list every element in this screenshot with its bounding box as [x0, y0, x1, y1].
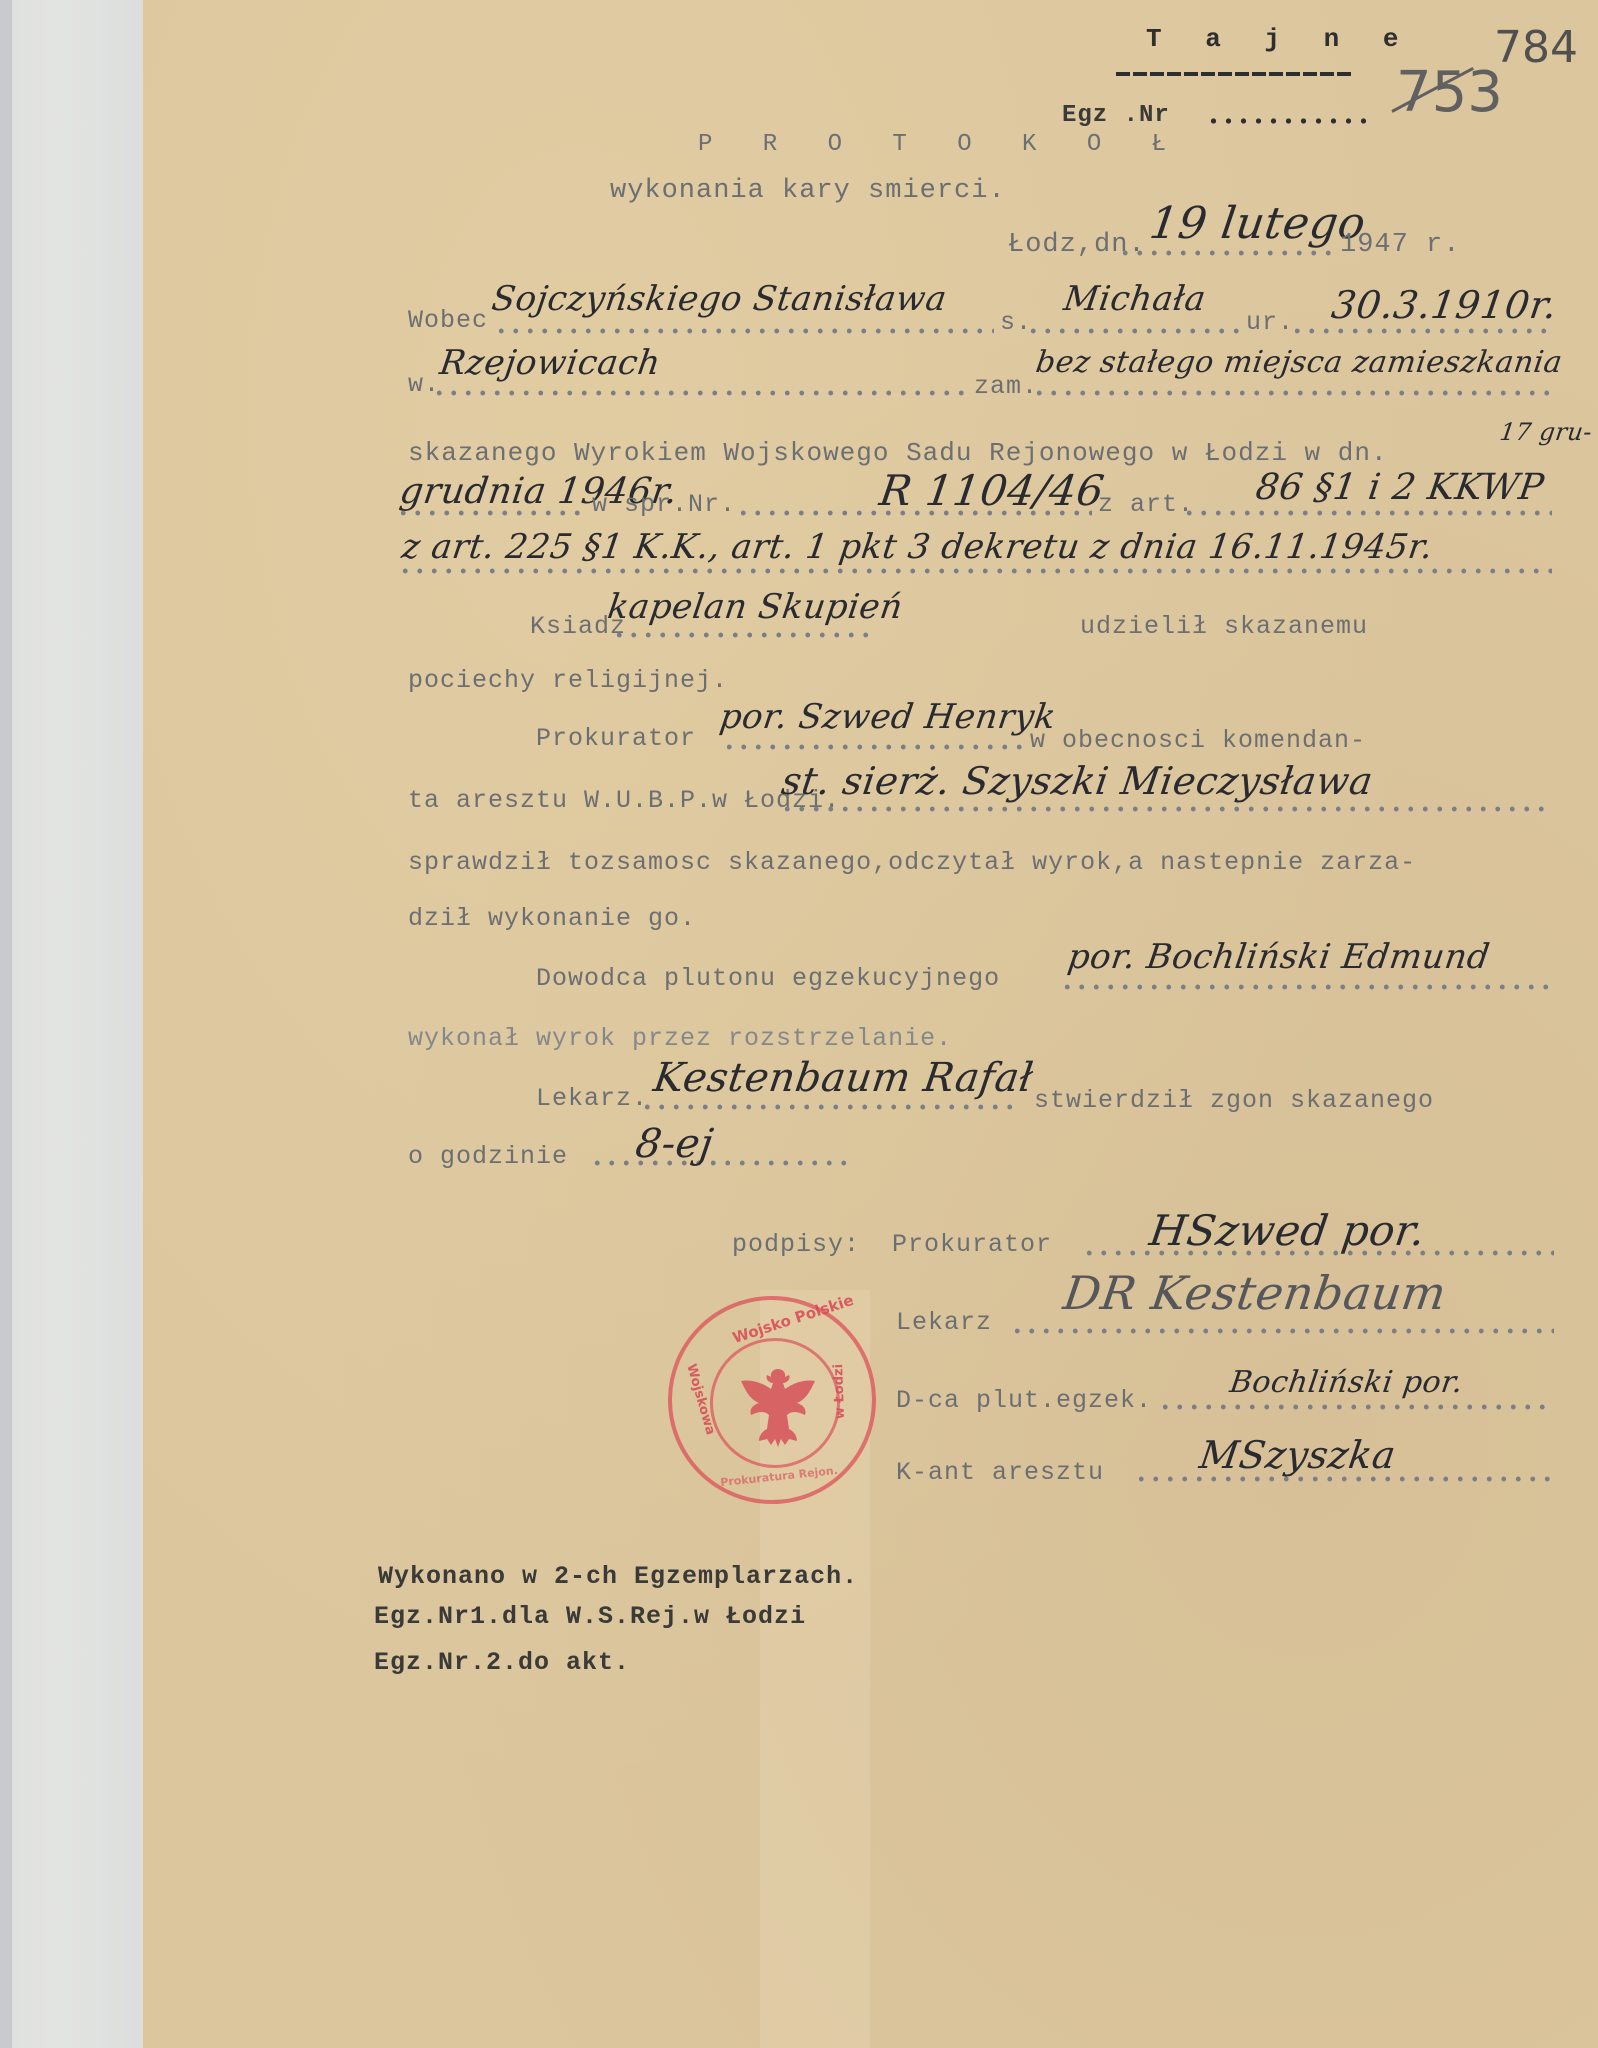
wobec-label: Wobec — [408, 308, 488, 333]
priest-text-line2: pociechy religijnej. — [408, 668, 728, 693]
priest-name-handwritten: kapelan Skupień — [606, 590, 905, 624]
birth-dots — [1290, 328, 1550, 334]
squad-dots — [1060, 984, 1554, 990]
copy-number-label: Egz .Nr — [1062, 104, 1170, 128]
case-number-label: w spr.Nr. — [592, 492, 736, 517]
copy-number-dots — [1206, 118, 1372, 124]
archive-number-old: 753 — [1396, 60, 1503, 125]
signature-doctor-label: Lekarz — [896, 1310, 992, 1335]
residence-label: zam. — [974, 374, 1038, 399]
prosecutor-name-handwritten: por. Szwed Henryk — [718, 700, 1058, 734]
convict-name-handwritten: Sojczyńskiego Stanisława — [490, 282, 949, 316]
doctor-name-handwritten: Kestenbaum Rafał — [651, 1058, 1036, 1098]
month-dots — [396, 510, 588, 516]
sentence-typed-line: skazanego Wyrokiem Wojskowego Sadu Rejon… — [408, 440, 1388, 466]
footer-copy2-line: Egz.Nr.2.do akt. — [374, 1650, 630, 1675]
classification-underline — [1116, 72, 1354, 76]
signature-commandant-label: K-ant aresztu — [896, 1460, 1104, 1485]
doctor-label: Lekarz. — [536, 1086, 648, 1111]
prosecutor-label: Prokurator — [536, 726, 696, 751]
classification-label: T a j n e — [1146, 26, 1412, 52]
footer-copies-line: Wykonano w 2-ch Egzemplarzach. — [378, 1564, 858, 1589]
footer-copy1-line: Egz.Nr1.dla W.S.Rej.w Łodzi — [374, 1604, 806, 1629]
birth-date-handwritten: 30.3.1910r. — [1329, 286, 1559, 324]
doctor-dots — [640, 1104, 1020, 1110]
case-number-handwritten: R 1104/46 — [877, 470, 1107, 512]
doctor-text-after: stwierdził zgon skazanego — [1034, 1088, 1434, 1113]
official-stamp: Wojsko Polskie Wojskowa w Łodzi Prokurat… — [668, 1296, 876, 1504]
archive-number-new: 784 — [1494, 22, 1578, 73]
signature-prosecutor-label: Prokurator — [892, 1232, 1052, 1257]
verification-line: sprawdził tozsamosc skazanego,odczytał w… — [408, 850, 1416, 875]
squad-commander-label: Dowodca plutonu egzekucyjnego — [536, 966, 1000, 991]
signature-squad: Bochliński por. — [1228, 1368, 1465, 1398]
article-label: z art. — [1098, 492, 1194, 517]
left-strip-edge — [0, 0, 12, 2048]
priest-dots — [612, 632, 874, 638]
signature-commandant: MSzyszka — [1197, 1436, 1398, 1474]
commandant-name-handwritten: st. sierż. Szyszki Mieczysława — [779, 762, 1375, 800]
arrest-unit-label: ta aresztu W.U.B.P.w Łodzi. — [408, 788, 840, 813]
father-dots — [1026, 328, 1244, 334]
priest-text-after: udzielił skazanemu — [1080, 614, 1368, 639]
date-dots — [1118, 250, 1334, 256]
name-dots — [494, 328, 994, 334]
order-line: dził wykonanie go. — [408, 906, 696, 931]
time-handwritten: 8-ej — [633, 1124, 716, 1164]
time-dots — [590, 1160, 852, 1166]
time-label: o godzinie — [408, 1144, 568, 1169]
father-name-handwritten: Michała — [1062, 282, 1208, 316]
signature-doctor: DR Kestenbaum — [1061, 1270, 1450, 1316]
document-title: P R O T O K O Ł — [698, 133, 1184, 157]
article-handwritten: 86 §1 i 2 KKWP — [1253, 470, 1546, 506]
stamp-inner-ring — [710, 1338, 840, 1468]
birthplace-dots — [432, 390, 968, 396]
article-dots — [1182, 510, 1552, 516]
eagle-icon — [737, 1359, 819, 1451]
year-label: 1947 r. — [1340, 232, 1460, 259]
residence-handwritten: bez stałego miejsca zamieszkania — [1034, 348, 1564, 378]
left-tissue-strip — [0, 0, 143, 2048]
execution-line: wykonał wyrok przez rozstrzelanie. — [408, 1026, 952, 1051]
signature-prosecutor: HSzwed por. — [1147, 1210, 1428, 1252]
sentence-day-handwritten: 17 gru- — [1498, 420, 1593, 444]
prosecutor-dots — [722, 744, 1026, 750]
squad-commander-handwritten: por. Bochliński Edmund — [1066, 940, 1492, 974]
signature-squad-label: D-ca plut.egzek. — [896, 1388, 1152, 1413]
born-label: ur. — [1246, 310, 1294, 335]
articles-dots — [398, 568, 1552, 574]
residence-dots — [1032, 390, 1552, 396]
stamp-top-text: Wojsko Polskie — [730, 1291, 856, 1347]
signature-doctor-dots — [1010, 1328, 1554, 1334]
signature-squad-dots — [1158, 1404, 1554, 1410]
articles-continued-handwritten: z art. 225 §1 K.K., art. 1 pkt 3 dekretu… — [400, 530, 1436, 564]
prosecutor-text-after: w obecnosci komendan- — [1030, 728, 1366, 753]
commandant-dots — [780, 806, 1552, 812]
signatures-heading: podpisy: — [732, 1232, 860, 1257]
date-handwritten: 19 lutego — [1147, 202, 1368, 246]
birthplace-handwritten: Rzejowicach — [438, 346, 663, 380]
document-subtitle: wykonania kary smierci. — [610, 178, 1006, 205]
